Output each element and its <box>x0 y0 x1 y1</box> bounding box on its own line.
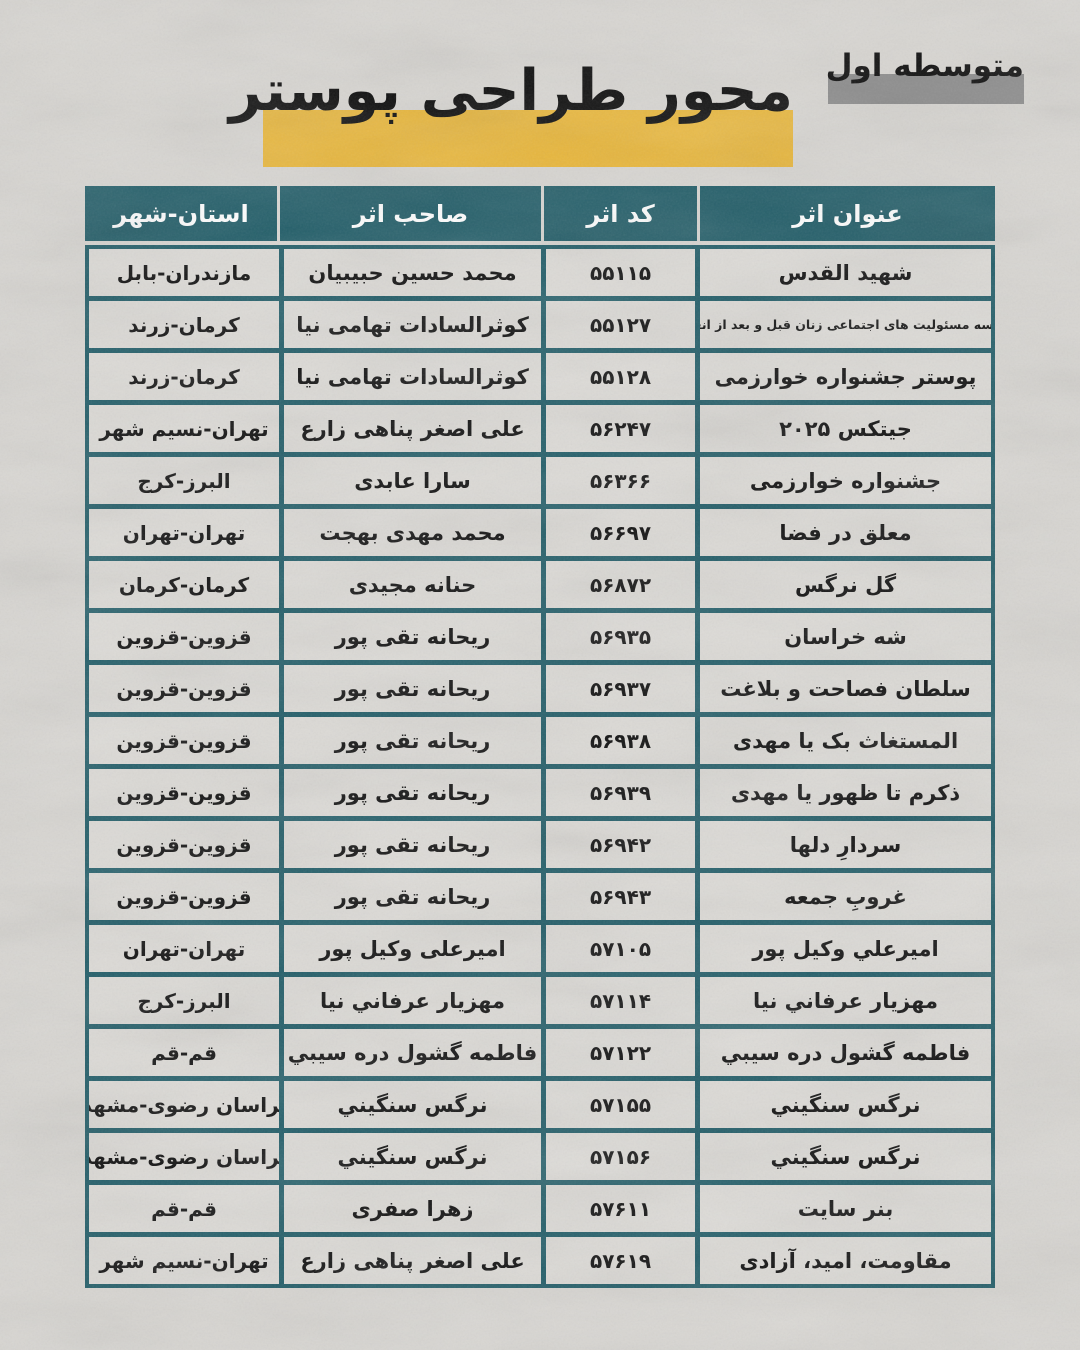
work-title: جشنواره خوارزمی <box>750 469 941 493</box>
work-owner: ریحانه تقی پور <box>335 885 491 909</box>
work-code: ۵۶۲۴۷ <box>590 417 651 441</box>
work-owner: کوثرالسادات تهامی نیا <box>296 313 529 337</box>
work-owner: ریحانه تقی پور <box>335 677 491 701</box>
work-title-cell: بنر سایت <box>700 1185 991 1232</box>
province-city-cell: کرمان-زرند <box>89 353 279 400</box>
work-title-cell: شه خراسان <box>700 613 991 660</box>
work-title: جیتکس ۲۰۲۵ <box>779 417 912 441</box>
work-title-cell: امیرعلي وکیل پور <box>700 925 991 972</box>
work-title: بنر سایت <box>798 1197 893 1221</box>
work-owner: مهزیار عرفاني نیا <box>320 989 505 1013</box>
work-owner: حنانه مجیدی <box>349 573 477 597</box>
province-city-cell: البرز-کرج <box>89 977 279 1024</box>
province-city-cell: خراسان رضوی-مشهد. <box>89 1133 279 1180</box>
province-city-cell: قم-قم <box>89 1029 279 1076</box>
work-code-cell: ۵۶۶۹۷ <box>546 509 695 556</box>
work-code: ۵۶۹۳۹ <box>590 781 651 805</box>
work-code-cell: ۵۷۱۵۶ <box>546 1133 695 1180</box>
header-work-title: عنوان اثر <box>700 186 995 241</box>
province-city-cell: خراسان رضوی-مشهد. <box>89 1081 279 1128</box>
work-owner-cell: علی اصغر پناهی زارع <box>284 1237 541 1284</box>
work-code: ۵۶۹۳۷ <box>590 677 651 701</box>
header-province-city: استان-شهر <box>85 186 277 241</box>
work-title: مهزیار عرفاني نیا <box>753 989 938 1013</box>
work-title-cell: غروبِ جمعه <box>700 873 991 920</box>
work-code-cell: ۵۵۱۱۵ <box>546 249 695 296</box>
work-owner: علی اصغر پناهی زارع <box>300 417 524 441</box>
work-title-cell: معلق در فضا <box>700 509 991 556</box>
work-owner-cell: محمد حسین حبیبیان <box>284 249 541 296</box>
work-title: فاطمه گشول دره سیبي <box>721 1041 970 1065</box>
work-owner-cell: علی اصغر پناهی زارع <box>284 405 541 452</box>
province-city: خراسان رضوی-مشهد. <box>89 1145 279 1169</box>
province-city: کرمان-زرند <box>128 313 239 337</box>
province-city: تهران-نسیم شهر <box>99 1249 268 1273</box>
work-title: گل نرگس <box>795 573 896 597</box>
header-work-code: کد اثر <box>544 186 697 241</box>
work-owner: امیرعلی وکیل پور <box>319 937 505 961</box>
work-title-cell: مقایسه مسئولیت های اجتماعی زنان قبل و بع… <box>700 301 991 348</box>
work-title-cell: سردارِ دلها <box>700 821 991 868</box>
work-title: ذکرم تا ظهور یا مهدی <box>731 781 960 805</box>
work-code-cell: ۵۶۹۴۲ <box>546 821 695 868</box>
work-owner-cell: ریحانه تقی پور <box>284 665 541 712</box>
province-city-cell: تهران-نسیم شهر <box>89 1237 279 1284</box>
work-title: شهید القدس <box>779 261 913 285</box>
work-title-cell: ذکرم تا ظهور یا مهدی <box>700 769 991 816</box>
province-city: کرمان-زرند <box>128 365 239 389</box>
province-city: البرز-کرج <box>137 469 230 493</box>
work-code-cell: ۵۶۹۴۳ <box>546 873 695 920</box>
work-owner-cell: حنانه مجیدی <box>284 561 541 608</box>
work-title-cell: نرگس سنگیني <box>700 1133 991 1180</box>
province-city: قزوین-قزوین <box>116 625 251 649</box>
work-code-cell: ۵۷۱۱۴ <box>546 977 695 1024</box>
province-city: مازندران-بابل <box>117 261 252 285</box>
work-owner-cell: ریحانه تقی پور <box>284 769 541 816</box>
work-title: المستغاث بک یا مهدی <box>733 729 958 753</box>
province-city: قم-قم <box>151 1197 217 1221</box>
province-city-cell: مازندران-بابل <box>89 249 279 296</box>
province-city-cell: البرز-کرج <box>89 457 279 504</box>
province-city: خراسان رضوی-مشهد. <box>89 1093 279 1117</box>
work-owner-cell: نرگس سنگیني <box>284 1081 541 1128</box>
grade-badge-label: متوسطه اول <box>828 50 1024 83</box>
work-owner: محمد حسین حبیبیان <box>308 261 516 285</box>
work-owner: ریحانه تقی پور <box>335 781 491 805</box>
province-city-cell: قم-قم <box>89 1185 279 1232</box>
work-owner-cell: مهزیار عرفاني نیا <box>284 977 541 1024</box>
province-city-cell: قزوین-قزوین <box>89 821 279 868</box>
work-code-cell: ۵۷۱۲۲ <box>546 1029 695 1076</box>
table-header-row: عنوان اثر کد اثر صاحب اثر استان-شهر <box>85 186 995 241</box>
work-title: شه خراسان <box>784 625 907 649</box>
work-title: مقاومت، امید، آزادی <box>739 1249 951 1273</box>
work-owner: کوثرالسادات تهامی نیا <box>296 365 529 389</box>
work-owner: سارا عابدی <box>354 469 471 493</box>
province-city-cell: کرمان-کرمان <box>89 561 279 608</box>
province-city: قم-قم <box>151 1041 217 1065</box>
work-title-cell: سلطان فصاحت و بلاغت <box>700 665 991 712</box>
province-city: تهران-تهران <box>123 521 245 545</box>
header-work-owner: صاحب اثر <box>280 186 541 241</box>
work-owner: فاطمه گشول دره سیبي <box>288 1041 537 1065</box>
work-title: معلق در فضا <box>779 521 911 545</box>
work-owner-cell: ریحانه تقی پور <box>284 821 541 868</box>
work-code: ۵۷۶۱۱ <box>590 1197 651 1221</box>
work-code-cell: ۵۶۸۷۲ <box>546 561 695 608</box>
province-city-cell: تهران-تهران <box>89 925 279 972</box>
work-owner-cell: زهرا صفری <box>284 1185 541 1232</box>
work-code: ۵۵۱۲۸ <box>590 365 651 389</box>
work-title-cell: جیتکس ۲۰۲۵ <box>700 405 991 452</box>
work-owner-cell: فاطمه گشول دره سیبي <box>284 1029 541 1076</box>
grade-badge: متوسطه اول <box>828 50 1024 106</box>
work-owner-cell: کوثرالسادات تهامی نیا <box>284 353 541 400</box>
works-table: عنوان اثر کد اثر صاحب اثر استان-شهر شهید… <box>85 186 995 1288</box>
province-city-cell: قزوین-قزوین <box>89 665 279 712</box>
work-title: نرگس سنگیني <box>771 1145 921 1169</box>
work-title-cell: مقاومت، امید، آزادی <box>700 1237 991 1284</box>
work-title: امیرعلي وکیل پور <box>752 937 938 961</box>
work-title: غروبِ جمعه <box>784 885 907 909</box>
work-code-cell: ۵۵۱۲۷ <box>546 301 695 348</box>
work-code: ۵۵۱۱۵ <box>590 261 651 285</box>
province-city: کرمان-کرمان <box>119 573 249 597</box>
work-code: ۵۷۱۵۵ <box>590 1093 651 1117</box>
province-city-cell: قزوین-قزوین <box>89 717 279 764</box>
work-owner: محمد مهدی بهجت <box>319 521 505 545</box>
work-code: ۵۶۹۴۲ <box>590 833 651 857</box>
work-owner-cell: ریحانه تقی پور <box>284 717 541 764</box>
work-code-cell: ۵۷۱۰۵ <box>546 925 695 972</box>
work-title-cell: نرگس سنگیني <box>700 1081 991 1128</box>
page-title-block: محور طراحی پوستر <box>263 60 793 190</box>
work-owner-cell: محمد مهدی بهجت <box>284 509 541 556</box>
province-city-cell: قزوین-قزوین <box>89 613 279 660</box>
province-city: قزوین-قزوین <box>116 677 251 701</box>
work-title-cell: مهزیار عرفاني نیا <box>700 977 991 1024</box>
work-owner-cell: کوثرالسادات تهامی نیا <box>284 301 541 348</box>
work-owner: نرگس سنگیني <box>338 1145 488 1169</box>
work-title: نرگس سنگیني <box>771 1093 921 1117</box>
work-code-cell: ۵۶۹۳۸ <box>546 717 695 764</box>
province-city: قزوین-قزوین <box>116 781 251 805</box>
work-code: ۵۷۱۵۶ <box>590 1145 651 1169</box>
work-owner: ریحانه تقی پور <box>335 729 491 753</box>
work-code-cell: ۵۶۹۳۵ <box>546 613 695 660</box>
work-code: ۵۶۹۳۸ <box>590 729 651 753</box>
table-body: شهید القدس ۵۵۱۱۵ محمد حسین حبیبیان مازند… <box>85 245 995 1288</box>
work-code-cell: ۵۷۱۵۵ <box>546 1081 695 1128</box>
province-city: قزوین-قزوین <box>116 833 251 857</box>
work-code-cell: ۵۶۹۳۹ <box>546 769 695 816</box>
province-city-cell: کرمان-زرند <box>89 301 279 348</box>
work-code-cell: ۵۶۹۳۷ <box>546 665 695 712</box>
province-city-cell: تهران-نسیم شهر <box>89 405 279 452</box>
work-title-cell: فاطمه گشول دره سیبي <box>700 1029 991 1076</box>
work-code: ۵۶۹۳۵ <box>590 625 651 649</box>
work-code-cell: ۵۶۲۴۷ <box>546 405 695 452</box>
work-code: ۵۷۱۲۲ <box>590 1041 651 1065</box>
province-city: تهران-نسیم شهر <box>99 417 268 441</box>
work-title: سلطان فصاحت و بلاغت <box>720 677 971 701</box>
work-code-cell: ۵۶۳۶۶ <box>546 457 695 504</box>
work-code: ۵۶۹۴۳ <box>590 885 651 909</box>
work-code-cell: ۵۵۱۲۸ <box>546 353 695 400</box>
work-owner-cell: نرگس سنگیني <box>284 1133 541 1180</box>
province-city: قزوین-قزوین <box>116 729 251 753</box>
province-city: قزوین-قزوین <box>116 885 251 909</box>
province-city-cell: قزوین-قزوین <box>89 769 279 816</box>
province-city-cell: تهران-تهران <box>89 509 279 556</box>
work-owner: زهرا صفری <box>352 1197 474 1221</box>
work-title-cell: المستغاث بک یا مهدی <box>700 717 991 764</box>
work-title: پوستر جشنواره خوارزمی <box>715 365 977 389</box>
work-title-cell: گل نرگس <box>700 561 991 608</box>
work-code: ۵۷۱۰۵ <box>590 937 651 961</box>
work-owner: علی اصغر پناهی زارع <box>300 1249 524 1273</box>
work-owner: ریحانه تقی پور <box>335 625 491 649</box>
work-owner-cell: ریحانه تقی پور <box>284 613 541 660</box>
work-code: ۵۶۶۹۷ <box>590 521 651 545</box>
province-city: البرز-کرج <box>137 989 230 1013</box>
work-code-cell: ۵۷۶۱۱ <box>546 1185 695 1232</box>
work-code: ۵۷۶۱۹ <box>590 1249 651 1273</box>
work-owner-cell: ریحانه تقی پور <box>284 873 541 920</box>
work-code-cell: ۵۷۶۱۹ <box>546 1237 695 1284</box>
work-title-cell: شهید القدس <box>700 249 991 296</box>
work-title-cell: پوستر جشنواره خوارزمی <box>700 353 991 400</box>
work-code: ۵۷۱۱۴ <box>590 989 651 1013</box>
work-owner: ریحانه تقی پور <box>335 833 491 857</box>
page-title: محور طراحی پوستر <box>263 60 793 124</box>
work-title: مقایسه مسئولیت های اجتماعی زنان قبل و بع… <box>700 317 991 332</box>
work-title: سردارِ دلها <box>790 833 902 857</box>
work-title-cell: جشنواره خوارزمی <box>700 457 991 504</box>
work-code: ۵۵۱۲۷ <box>590 313 651 337</box>
work-code: ۵۶۸۷۲ <box>590 573 651 597</box>
province-city: تهران-تهران <box>123 937 245 961</box>
work-code: ۵۶۳۶۶ <box>590 469 651 493</box>
province-city-cell: قزوین-قزوین <box>89 873 279 920</box>
work-owner-cell: امیرعلی وکیل پور <box>284 925 541 972</box>
work-owner: نرگس سنگیني <box>338 1093 488 1117</box>
work-owner-cell: سارا عابدی <box>284 457 541 504</box>
